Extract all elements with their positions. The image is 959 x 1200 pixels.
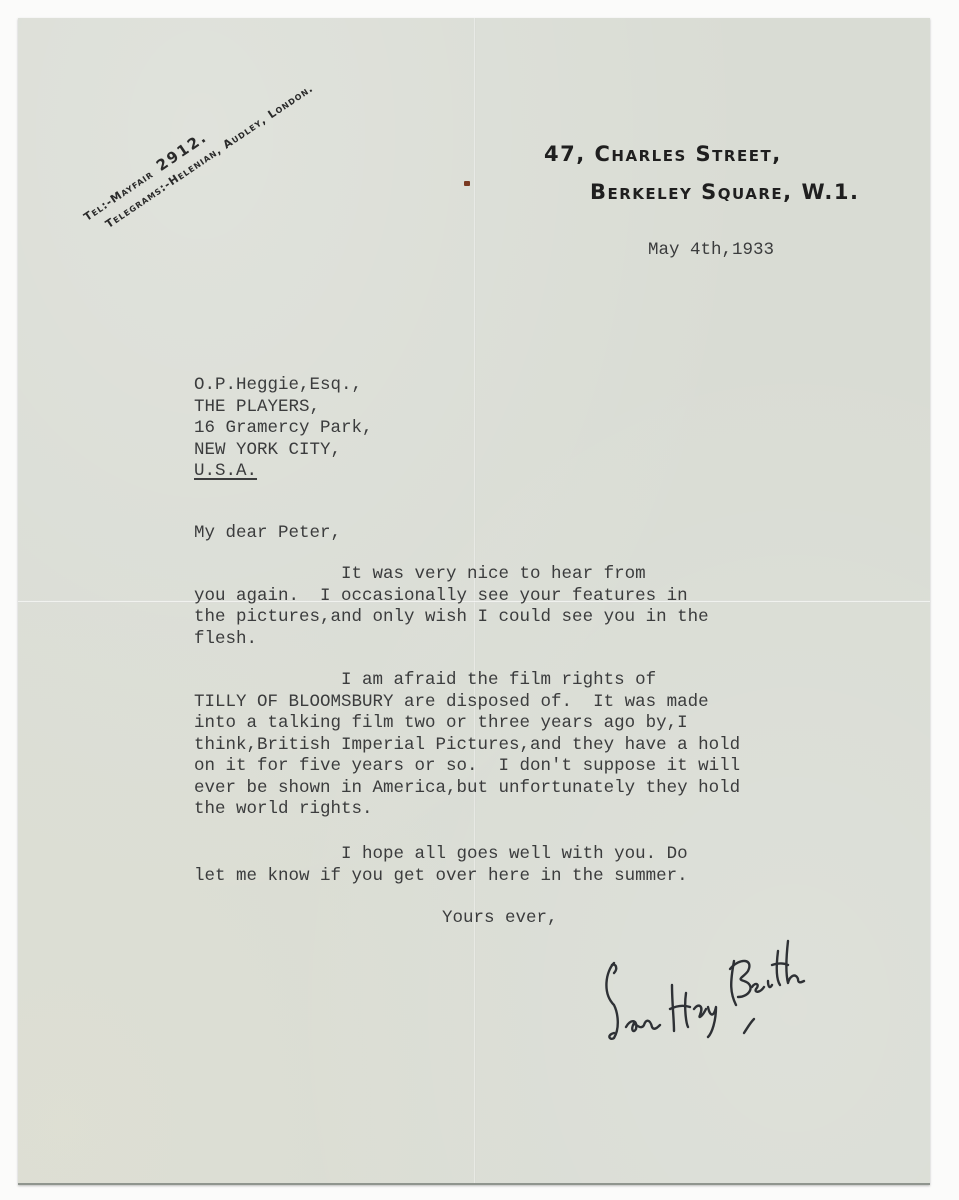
letter-page: Tel:-Mayfair2912. Telegrams:-Helenian, A… bbox=[18, 18, 930, 1185]
telephone-line: Tel:-Mayfair2912. bbox=[78, 62, 308, 227]
body-paragraph-1: It was very nice to hear from you again.… bbox=[194, 564, 709, 650]
recipient-address: O.P.Heggie,Esq.,THE PLAYERS,16 Gramercy … bbox=[194, 375, 373, 483]
recipient-country: U.S.A. bbox=[194, 461, 257, 481]
letter-date: May 4th,1933 bbox=[648, 240, 774, 262]
salutation: My dear Peter, bbox=[194, 523, 341, 545]
letterhead-address-line-2: Berkeley Square, W.1. bbox=[590, 180, 859, 204]
recipient-line: O.P.Heggie,Esq., bbox=[194, 375, 373, 397]
telegrams-line: Telegrams:-Helenian, Audley, London. bbox=[102, 80, 317, 232]
recipient-line: NEW YORK CITY, bbox=[194, 440, 373, 462]
recipient-line: THE PLAYERS, bbox=[194, 397, 373, 419]
handwritten-signature-icon bbox=[584, 923, 824, 1043]
letterhead-contact-block: Tel:-Mayfair2912. Telegrams:-Helenian, A… bbox=[78, 62, 317, 241]
rust-stain bbox=[464, 181, 470, 186]
body-paragraph-2: I am afraid the film rights of TILLY OF … bbox=[194, 670, 740, 821]
recipient-line: 16 Gramercy Park, bbox=[194, 418, 373, 440]
closing: Yours ever, bbox=[442, 908, 558, 930]
body-paragraph-3: I hope all goes well with you. Do let me… bbox=[194, 844, 688, 887]
letterhead-address-line-1: 47, Charles Street, bbox=[544, 142, 782, 166]
